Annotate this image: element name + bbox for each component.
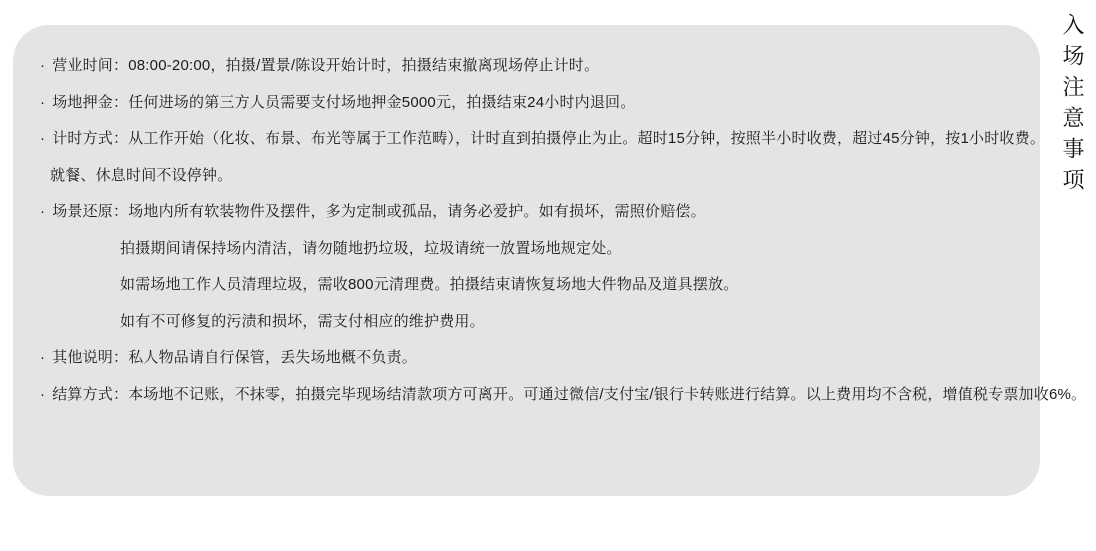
notice-panel: ·营业时间：08:00-20:00，拍摄/置景/陈设开始计时，拍摄结束撤离现场停… (13, 25, 1040, 496)
notice-line-text: 如有不可修复的污渍和损坏，需支付相应的维护费用。 (120, 313, 485, 330)
notice-line-text: 营业时间：08:00-20:00，拍摄/置景/陈设开始计时，拍摄结束撤离现场停止… (52, 57, 599, 74)
notice-line: ·场景还原：场地内所有软装物件及摆件，多为定制或孤品，请务必爱护。如有损坏，需照… (13, 194, 1040, 231)
bullet-icon: · (40, 121, 45, 158)
notice-line-text: 如需场地工作人员清理垃圾，需收800元清理费。拍摄结束请恢复场地大件物品及道具摆… (120, 276, 738, 293)
notice-line-continuation: 拍摄期间请保持场内清洁，请勿随地扔垃圾，垃圾请统一放置场地规定处。 (13, 231, 1040, 268)
notice-line-text: 结算方式：本场地不记账，不抹零，拍摄完毕现场结清款项方可离开。可通过微信/支付宝… (52, 386, 1086, 403)
bullet-icon: · (40, 85, 45, 122)
notice-line: ·计时方式：从工作开始（化妆、布景、布光等属于工作范畴），计时直到拍摄停止为止。… (13, 121, 1040, 158)
notice-line-text: 场地押金：任何进场的第三方人员需要支付场地押金5000元，拍摄结束24小时内退回… (52, 94, 635, 111)
notice-line-continuation: 如有不可修复的污渍和损坏，需支付相应的维护费用。 (13, 304, 1040, 341)
notice-line: ·结算方式：本场地不记账，不抹零，拍摄完毕现场结清款项方可离开。可通过微信/支付… (13, 377, 1040, 414)
bullet-icon: · (40, 194, 45, 231)
bullet-icon: · (40, 340, 45, 377)
notice-line: ·其他说明：私人物品请自行保管，丢失场地概不负责。 (13, 340, 1040, 377)
notice-line-text: 就餐、休息时间不设停钟。 (50, 167, 232, 184)
notice-line-text: 拍摄期间请保持场内清洁，请勿随地扔垃圾，垃圾请统一放置场地规定处。 (120, 240, 622, 257)
page-title-vertical: 入场注意事项 (1057, 13, 1088, 199)
notice-line-continuation: 如需场地工作人员清理垃圾，需收800元清理费。拍摄结束请恢复场地大件物品及道具摆… (13, 267, 1040, 304)
notice-line: ·场地押金：任何进场的第三方人员需要支付场地押金5000元，拍摄结束24小时内退… (13, 85, 1040, 122)
notice-line: ·营业时间：08:00-20:00，拍摄/置景/陈设开始计时，拍摄结束撤离现场停… (13, 48, 1040, 85)
notice-line-text: 其他说明：私人物品请自行保管，丢失场地概不负责。 (52, 349, 417, 366)
bullet-icon: · (40, 377, 45, 414)
notice-line-text: 场景还原：场地内所有软装物件及摆件，多为定制或孤品，请务必爱护。如有损坏，需照价… (52, 203, 706, 220)
bullet-icon: · (40, 48, 45, 85)
notice-line-text: 计时方式：从工作开始（化妆、布景、布光等属于工作范畴），计时直到拍摄停止为止。超… (52, 130, 1045, 147)
notice-line-continuation: 就餐、休息时间不设停钟。 (13, 158, 1040, 195)
